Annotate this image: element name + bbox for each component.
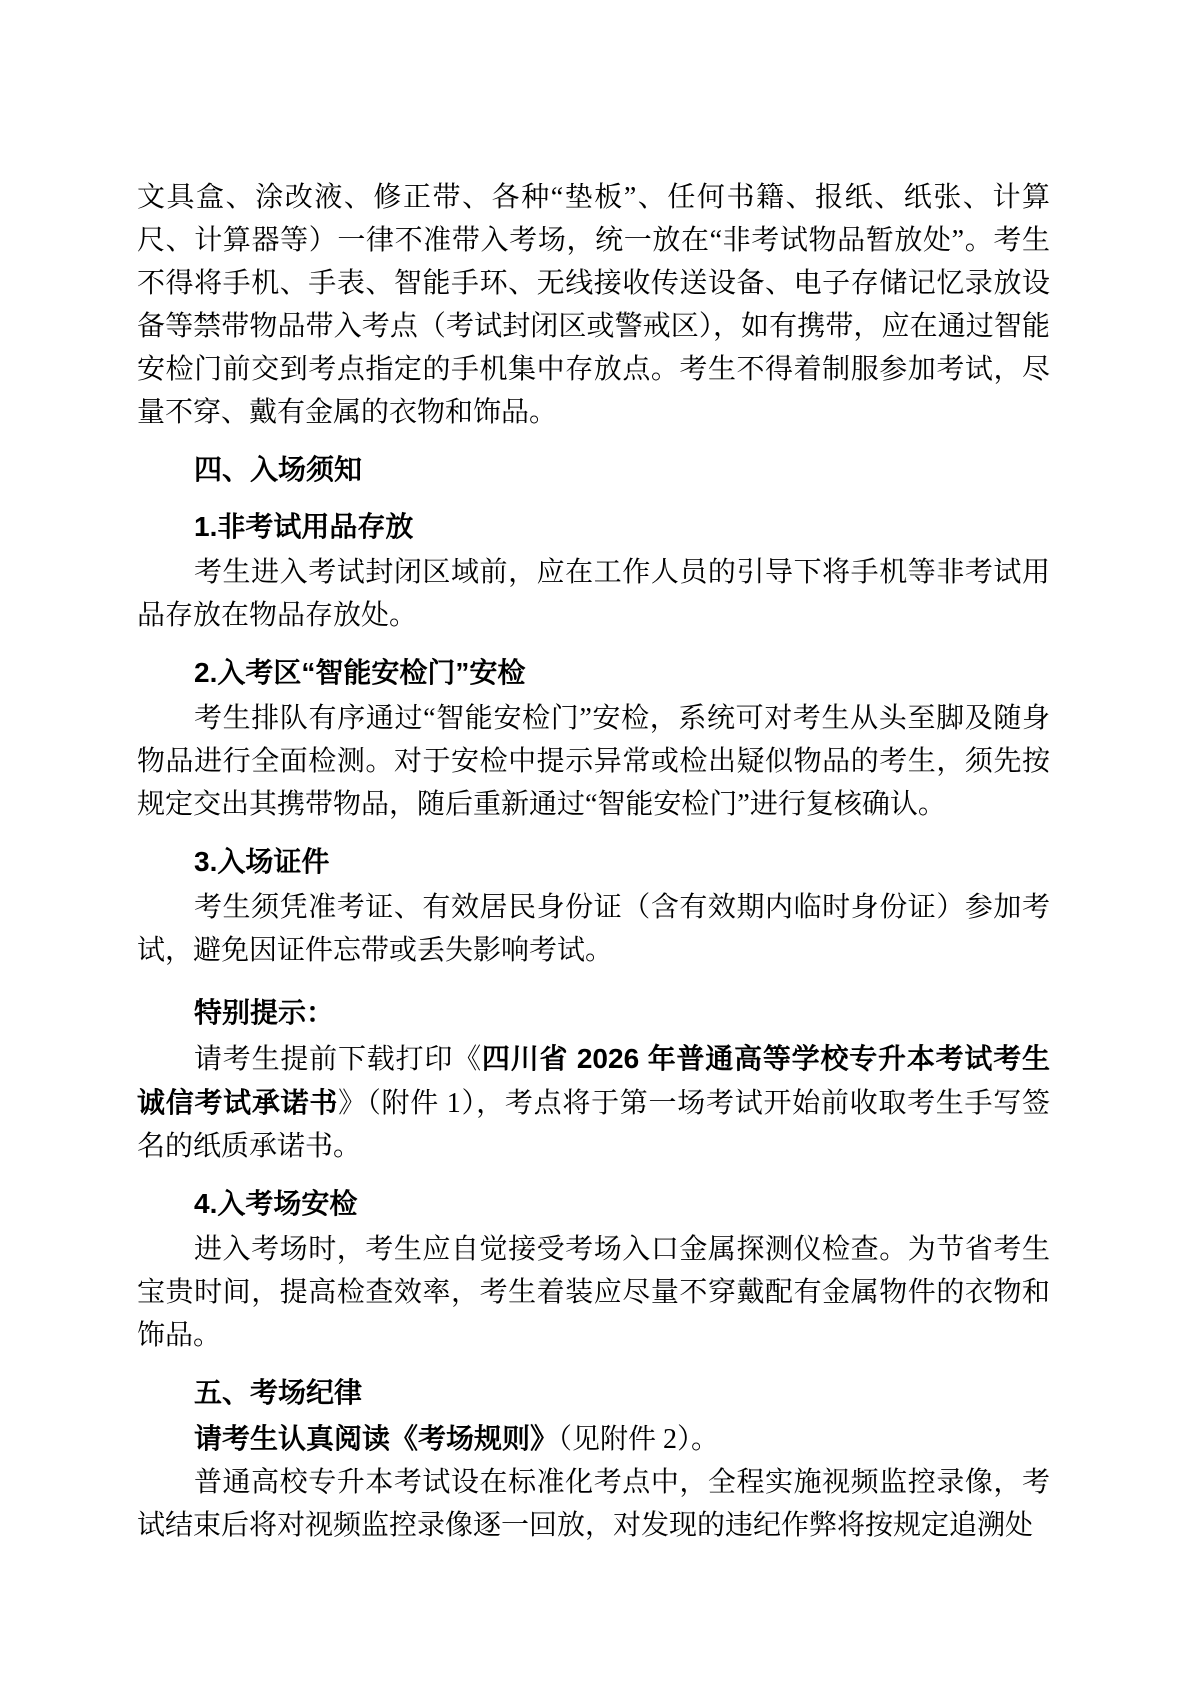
heading-section-4-entry-notes: 四、入场须知	[137, 448, 1050, 491]
paragraph-prohibited-items-continuation: 文具盒、涂改液、修正带、各种“垫板”、任何书籍、报纸、纸张、计算尺、计算器等）一…	[137, 176, 1050, 434]
paragraph-video-monitoring: 普通高校专升本考试设在标准化考点中，全程实施视频监控录像，考试结束后将对视频监控…	[137, 1461, 1050, 1547]
paragraph-exam-room-rules: 请考生认真阅读《考场规则》（见附件 2）。	[137, 1417, 1050, 1461]
exam-room-rules-bold-text: 请考生认真阅读《考场规则》	[194, 1423, 558, 1454]
heading-section-5-exam-room-discipline: 五、考场纪律	[137, 1371, 1050, 1414]
heading-special-notice: 特别提示：	[137, 991, 1050, 1034]
document-body: 文具盒、涂改液、修正带、各种“垫板”、任何书籍、报纸、纸张、计算尺、计算器等）一…	[137, 176, 1050, 1547]
paragraph-item-3-credentials: 考生须凭准考证、有效居民身份证（含有效期内临时身份证）参加考试，避免因证件忘带或…	[137, 886, 1050, 972]
heading-item-4-entry-security-check: 4.入考场安检	[137, 1182, 1050, 1225]
exam-room-rules-attachment-ref: （见附件 2）。	[558, 1424, 719, 1455]
paragraph-special-notice: 请考生提前下载打印《四川省 2026 年普通高等学校专升本考试考生诚信考试承诺书…	[137, 1037, 1050, 1168]
heading-item-3-entry-credentials: 3.入场证件	[137, 840, 1050, 883]
heading-item-2-smart-security-gate: 2.入考区“智能安检门”安检	[137, 651, 1050, 694]
paragraph-item-2-security-check: 考生排队有序通过“智能安检门”安检，系统可对考生从头至脚及随身物品进行全面检测。…	[137, 697, 1050, 826]
paragraph-item-4-metal-detector: 进入考场时，考生应自觉接受考场入口金属探测仪检查。为节省考生宝贵时间，提高检查效…	[137, 1228, 1050, 1357]
special-notice-text-pre: 请考生提前下载打印《	[194, 1044, 482, 1075]
paragraph-item-1-storage: 考生进入考试封闭区域前，应在工作人员的引导下将手机等非考试用品存放在物品存放处。	[137, 551, 1050, 637]
heading-item-1-non-exam-items-storage: 1.非考试用品存放	[137, 505, 1050, 548]
document-page: 文具盒、涂改液、修正带、各种“垫板”、任何书籍、报纸、纸张、计算尺、计算器等）一…	[0, 0, 1191, 1684]
